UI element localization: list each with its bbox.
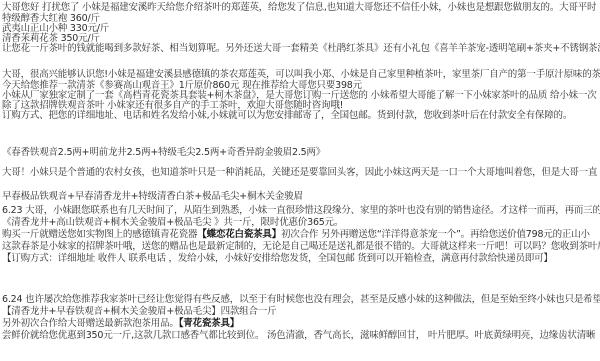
text-segment: 早春极品铁观音+早春清香龙井+特级清香白茶+极品毛尖+桐木关金骏眉 xyxy=(2,191,303,202)
text-segment: 另外初次合作给大哥赠送最新款泡茶用品。 xyxy=(2,318,179,329)
text-line: 订购方式、把您的详细地址、电话和姓名发给小妹,小妹就可以为您安排邮寄了，全国包邮… xyxy=(2,110,572,121)
text-segment: 【清香龙井+早春铁观音+桐木关金骏眉+极品毛尖】四款组合一斤 xyxy=(2,306,276,317)
text-segment: 购买一斤就赠送您如实物图上的感德镇青花瓷器 xyxy=(2,229,197,240)
text-line: 早春极品铁观音+早春清香龙井+特级清香白茶+极品毛尖+桐木关金骏眉 xyxy=(2,191,303,202)
highlighted-phrase: 【青花瓷茶具】 xyxy=(179,318,239,329)
text-line: 《春香铁观音2.5两+明前龙井2.5两+特级毛尖2.5两+奇香异韵金骏眉2.5两… xyxy=(2,147,325,158)
text-segment: 尝鲜价就给您优惠到350元一斤,这款几款口感香气都比较到位。 汤色清澈，香气高长… xyxy=(2,330,595,341)
text-segment: 初次合作 另外再赠送您“洋洋得意茶宠一个”。再给您送价值798元的正山小 xyxy=(281,229,590,240)
text-line: 6.23 大哥，小妹跟您联系也有几天时间了，从陌生到熟悉，小妹一直很珍惜这段缘分… xyxy=(2,205,600,216)
text-line: 尝鲜价就给您优惠到350元一斤,这款几款口感香气都比较到位。 汤色清澈，香气高长… xyxy=(2,330,595,341)
text-segment: 大哥您好 打扰您了 小妹是福建安溪昨天给您介绍茶叶的郑莲英，给您发了信息,也知道… xyxy=(2,2,596,13)
text-line: 大哥！小妹只是个普通的农村女孩，也知道茶叶只是一种消耗品，关键还是要靠回头客，因… xyxy=(2,167,597,178)
text-segment: 这款春茶是小妹家的招牌茶叶哦，送您的赠品也是最新定制的，无论是自己喝还是送礼都是… xyxy=(2,241,600,252)
text-line: 购买一斤就赠送您如实物图上的感德镇青花瓷器【蝶恋花白瓷茶具】初次合作 另外再赠送… xyxy=(2,229,590,240)
text-line: 大哥您好 打扰您了 小妹是福建安溪昨天给您介绍茶叶的郑莲英，给您发了信息,也知道… xyxy=(2,2,596,13)
document-page: 大哥您好 打扰您了 小妹是福建安溪昨天给您介绍茶叶的郑莲英，给您发了信息,也知道… xyxy=(0,0,600,361)
text-line: 6.24 也许屡次给您推荐我家茶叶已经让您觉得有些反感，以至于有时候您也没有理会… xyxy=(2,294,600,305)
text-segment: 订购方式、把您的详细地址、电话和姓名发给小妹,小妹就可以为您安排邮寄了，全国包邮… xyxy=(2,110,572,121)
text-line: 这款春茶是小妹家的招牌茶叶哦，送您的赠品也是最新定制的，无论是自己喝还是送礼都是… xyxy=(2,241,600,252)
text-segment: 《清香龙井+高山铁观音+桐木关金骏眉+极品毛尖 》共一斤，限时优惠价365元。 xyxy=(2,217,343,228)
text-segment: 大哥！小妹只是个普通的农村女孩，也知道茶叶只是一种消耗品，关键还是要靠回头客，因… xyxy=(2,167,597,178)
text-segment: 《春香铁观音2.5两+明前龙井2.5两+特级毛尖2.5两+奇香异韵金骏眉2.5两… xyxy=(2,147,325,158)
text-line: 另外初次合作给大哥赠送最新款泡茶用品。【青花瓷茶具】 xyxy=(2,318,239,329)
text-line: 《清香龙井+高山铁观音+桐木关金骏眉+极品毛尖 》共一斤，限时优惠价365元。 xyxy=(2,217,343,228)
text-line: 【订购方式：详细地址 收件人 联系电话 ，发给小妹，小妹好安排给您发货，全国包邮… xyxy=(2,253,553,264)
text-segment: 大哥，很高兴能够认识您!小妹是福建安溪县感德镇的茶农郑莲英，可以叫我小郑、小妹是… xyxy=(2,69,600,80)
text-segment: 6.23 大哥，小妹跟您联系也有几天时间了，从陌生到熟悉，小妹一直很珍惜这段缘分… xyxy=(2,205,600,216)
text-segment: 【订购方式：详细地址 收件人 联系电话 ，发给小妹，小妹好安排给您发货，全国包邮… xyxy=(2,253,553,264)
text-segment: 让您花一斤茶叶的钱就能喝到多款好茶、相当划算呢。另外还送大哥一套精美《杜鹃红茶具… xyxy=(2,43,600,54)
text-segment: 6.24 也许屡次给您推荐我家茶叶已经让您觉得有些反感，以至于有时候您也没有理会… xyxy=(2,294,600,305)
text-line: 大哥，很高兴能够认识您!小妹是福建安溪县感德镇的茶农郑莲英，可以叫我小郑、小妹是… xyxy=(2,69,600,80)
highlighted-phrase: 【蝶恋花白瓷茶具】 xyxy=(197,229,281,240)
text-line: 让您花一斤茶叶的钱就能喝到多款好茶、相当划算呢。另外还送大哥一套精美《杜鹃红茶具… xyxy=(2,43,600,54)
text-line: 【清香龙井+早春铁观音+桐木关金骏眉+极品毛尖】四款组合一斤 xyxy=(2,306,276,317)
